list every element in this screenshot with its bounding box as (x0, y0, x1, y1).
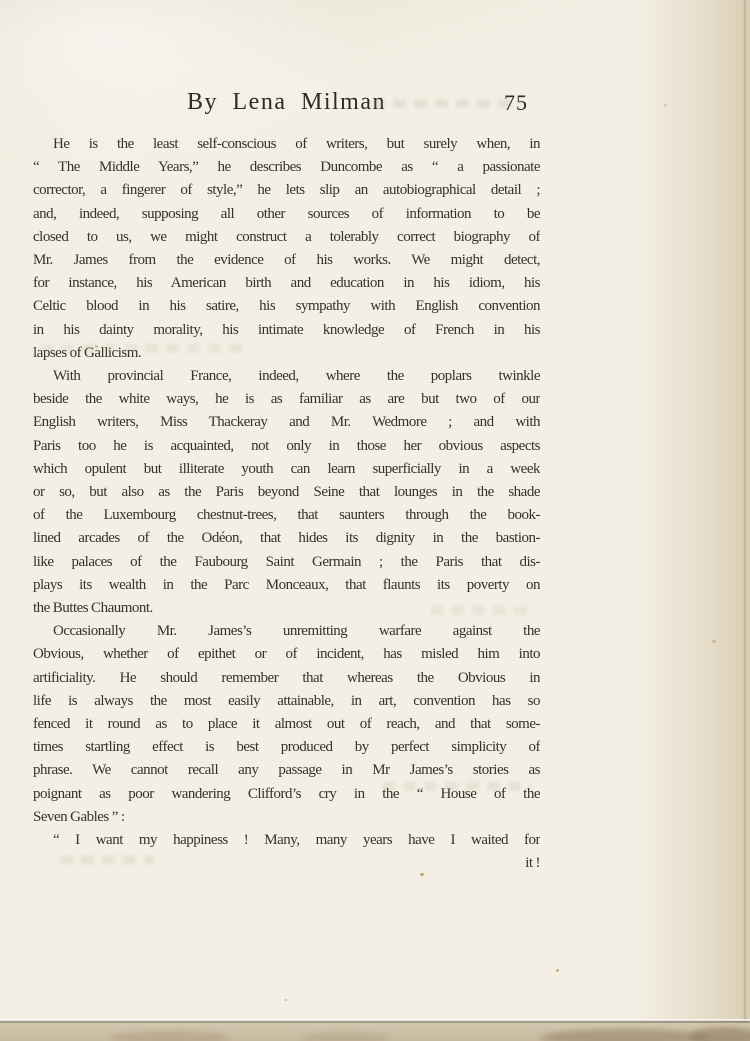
article-body: He is the least self-conscious of writer… (33, 133, 540, 876)
edge-shadow-blob (540, 1029, 710, 1041)
edge-shadow-blob (300, 1032, 390, 1041)
text-line: Paris too he is acquainted, not only in … (33, 435, 540, 458)
show-through-smudge (60, 855, 155, 864)
blockquote-paragraph: “ I want my happiness ! Many, many years… (33, 829, 540, 875)
text-line: plays its wealth in the Parc Monceaux, t… (33, 574, 540, 597)
text-line: in his dainty morality, his intimate kno… (33, 319, 540, 342)
text-line: “ I want my happiness ! Many, many years… (33, 829, 540, 852)
foxing-speck (284, 999, 287, 1001)
underlying-pages-band (0, 1023, 750, 1041)
text-line: corrector, a fingerer of style,” he lets… (33, 179, 540, 202)
page-right-edge-line (744, 0, 746, 1041)
paragraph: Occasionally Mr. James’s unremitting war… (33, 620, 540, 829)
text-line: times startling effect is best produced … (33, 736, 540, 759)
paragraph: He is the least self-conscious of writer… (33, 133, 540, 365)
show-through-smudge (382, 782, 532, 791)
page-right-edge-shadow (640, 0, 750, 1041)
text-line: phrase. We cannot recall any passage in … (33, 759, 540, 782)
foxing-speck (420, 873, 424, 876)
text-line: English writers, Miss Thackeray and Mr. … (33, 411, 540, 434)
text-line: Celtic blood in his satire, his sympathy… (33, 295, 540, 318)
text-line: “ The Middle Years,” he describes Duncom… (33, 156, 540, 179)
text-line: Seven Gables ” : (33, 806, 540, 829)
foxing-speck (664, 104, 667, 107)
text-line: Occasionally Mr. James’s unremitting war… (33, 620, 540, 643)
scan-canvas: { "page": { "header": { "byline": "By Le… (0, 0, 750, 1041)
show-through-smudge (40, 344, 250, 353)
page-bottom-edge (0, 1019, 750, 1041)
text-line: He is the least self-conscious of writer… (33, 133, 540, 156)
foxing-speck (556, 969, 559, 972)
text-line: fenced it round as to place it almost ou… (33, 713, 540, 736)
text-line: beside the white ways, he is as familiar… (33, 388, 540, 411)
text-line: closed to us, we might construct a toler… (33, 226, 540, 249)
paragraph: With provincial France, indeed, where th… (33, 365, 540, 620)
text-line: for instance, his American birth and edu… (33, 272, 540, 295)
show-through-smudge (372, 99, 522, 108)
foxing-speck (95, 345, 98, 348)
show-through-smudge (430, 606, 535, 615)
edge-shadow-blob (690, 1027, 750, 1041)
text-line: life is always the most easily attainabl… (33, 690, 540, 713)
foxing-speck (712, 640, 716, 643)
edge-shadow-blob (110, 1031, 230, 1041)
text-line: of the Luxembourg chestnut-trees, that s… (33, 504, 540, 527)
text-line: which opulent but illiterate youth can l… (33, 458, 540, 481)
text-line: lined arcades of the Odéon, that hides i… (33, 527, 540, 550)
text-line: or so, but also as the Paris beyond Sein… (33, 481, 540, 504)
text-line: Mr. James from the evidence of his works… (33, 249, 540, 272)
text-line: like palaces of the Faubourg Saint Germa… (33, 551, 540, 574)
text-line: artificiality. He should remember that w… (33, 667, 540, 690)
text-line: Obvious, whether of epithet or of incide… (33, 643, 540, 666)
text-line: and, indeed, supposing all other sources… (33, 203, 540, 226)
text-line: With provincial France, indeed, where th… (33, 365, 540, 388)
book-page: By Lena Milman 75 He is the least self-c… (0, 0, 750, 1041)
